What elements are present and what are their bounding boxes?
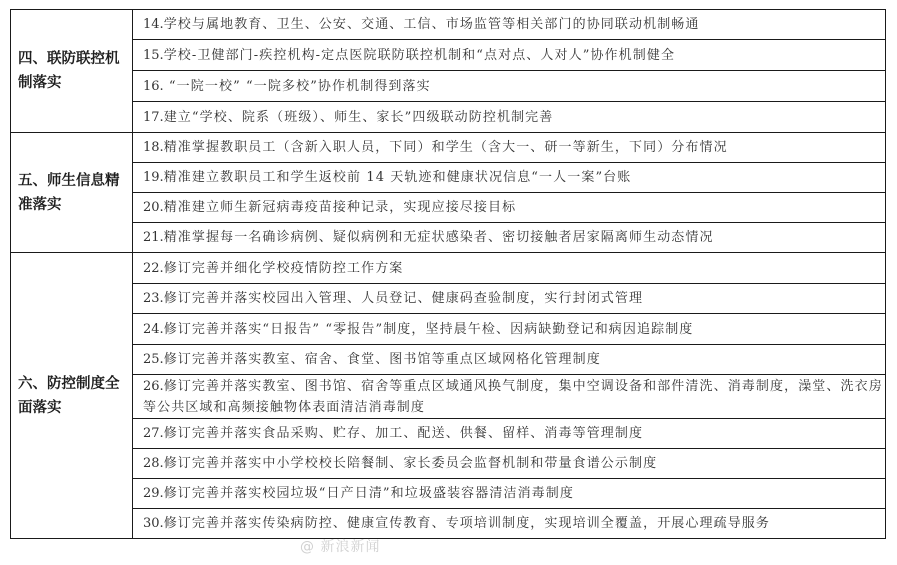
item-text: 修订完善并落实“日报告” “零报告”制度，坚持晨午检、因病缺勤登记和病因追踪制度: [164, 322, 694, 337]
item-cell: 27.修订完善并落实食品采购、贮存、加工、配送、供餐、留样、消毒等管理制度: [133, 419, 886, 449]
item-cell: 23.修订完善并落实校园出入管理、人员登记、健康码查验制度，实行封闭式管理: [133, 284, 886, 314]
table-row: 17.建立“学校、院系（班级）、师生、家长”四级联动防控机制完善: [11, 102, 886, 133]
item-number: 16.: [143, 79, 164, 94]
item-number: 19.: [143, 170, 164, 185]
item-number: 27.: [143, 426, 164, 441]
table-row: 21.精准掌握每一名确诊病例、疑似病例和无症状感染者、密切接触者居家隔离师生动态…: [11, 223, 886, 253]
item-number: 18.: [143, 140, 164, 155]
item-cell: 30.修订完善并落实传染病防控、健康宣传教育、专项培训制度，实现培训全覆盖，开展…: [133, 509, 886, 539]
table-row: 23.修订完善并落实校园出入管理、人员登记、健康码查验制度，实行封闭式管理: [11, 284, 886, 314]
item-cell: 20.精准建立师生新冠病毒疫苗接种记录，实现应接尽接目标: [133, 193, 886, 223]
item-text: 修订完善并细化学校疫情防控工作方案: [164, 261, 404, 276]
item-number: 22.: [143, 261, 164, 276]
table-row: 20.精准建立师生新冠病毒疫苗接种记录，实现应接尽接目标: [11, 193, 886, 223]
table-row: 五、师生信息精准落实 18.精准掌握教职员工（含新入职人员，下同）和学生（含大一…: [11, 133, 886, 163]
item-text: 修订完善并落实传染病防控、健康宣传教育、专项培训制度，实现培训全覆盖，开展心理疏…: [164, 516, 770, 531]
item-number: 26.: [143, 379, 164, 394]
table-row: 30.修订完善并落实传染病防控、健康宣传教育、专项培训制度，实现培训全覆盖，开展…: [11, 509, 886, 539]
item-cell: 28.修订完善并落实中小学校校长陪餐制、家长委员会监督机制和带量食谱公示制度: [133, 449, 886, 479]
item-text: 精准掌握教职员工（含新入职人员，下同）和学生（含大一、研一等新生，下同）分布情况: [164, 140, 728, 155]
item-cell: 29.修订完善并落实校园垃圾“日产日清”和垃圾盛装容器清洁消毒制度: [133, 479, 886, 509]
table-row: 15.学校-卫健部门-疾控机构-定点医院联防联控机制和“点对点、人对人”协作机制…: [11, 40, 886, 71]
item-text: 精准建立师生新冠病毒疫苗接种记录，实现应接尽接目标: [164, 200, 517, 215]
item-cell: 17.建立“学校、院系（班级）、师生、家长”四级联动防控机制完善: [133, 102, 886, 133]
item-number: 20.: [143, 200, 164, 215]
item-text: 建立“学校、院系（班级）、师生、家长”四级联动防控机制完善: [164, 110, 554, 125]
item-cell: 25.修订完善并落实教室、宿舍、食堂、图书馆等重点区域网格化管理制度: [133, 345, 886, 375]
item-text: 修订完善并落实教室、宿舍、食堂、图书馆等重点区域网格化管理制度: [164, 352, 601, 367]
item-text: 学校与属地教育、卫生、公安、交通、工信、市场监管等相关部门的协同联动机制畅通: [164, 17, 700, 32]
item-cell: 14.学校与属地教育、卫生、公安、交通、工信、市场监管等相关部门的协同联动机制畅…: [133, 10, 886, 40]
item-text: 精准建立教职员工和学生返校前 14 天轨迹和健康状况信息“一人一案”台账: [164, 170, 632, 185]
item-number: 17.: [143, 110, 164, 125]
table-row: 16. “一院一校” “一院多校”协作机制得到落实: [11, 71, 886, 102]
table-row: 19.精准建立教职员工和学生返校前 14 天轨迹和健康状况信息“一人一案”台账: [11, 163, 886, 193]
category-cell: 六、防控制度全面落实: [11, 253, 133, 539]
table-row: 25.修订完善并落实教室、宿舍、食堂、图书馆等重点区域网格化管理制度: [11, 345, 886, 375]
item-cell: 21.精准掌握每一名确诊病例、疑似病例和无症状感染者、密切接触者居家隔离师生动态…: [133, 223, 886, 253]
item-number: 25.: [143, 352, 164, 367]
item-text: 修订完善并落实教室、图书馆、宿舍等重点区域通风换气制度，集中空调设备和部件清洗、…: [143, 379, 883, 415]
item-number: 30.: [143, 516, 164, 531]
category-cell: 四、联防联控机制落实: [11, 10, 133, 133]
item-text: 修订完善并落实食品采购、贮存、加工、配送、供餐、留样、消毒等管理制度: [164, 426, 643, 441]
item-number: 28.: [143, 456, 164, 471]
item-cell: 24.修订完善并落实“日报告” “零报告”制度，坚持晨午检、因病缺勤登记和病因追…: [133, 314, 886, 345]
item-number: 24.: [143, 322, 164, 337]
item-text: 修订完善并落实中小学校校长陪餐制、家长委员会监督机制和带量食谱公示制度: [164, 456, 658, 471]
item-number: 21.: [143, 230, 164, 245]
item-number: 15.: [143, 48, 164, 63]
item-cell: 16. “一院一校” “一院多校”协作机制得到落实: [133, 71, 886, 102]
item-cell: 26.修订完善并落实教室、图书馆、宿舍等重点区域通风换气制度，集中空调设备和部件…: [133, 375, 886, 419]
table-row: 27.修订完善并落实食品采购、贮存、加工、配送、供餐、留样、消毒等管理制度: [11, 419, 886, 449]
measures-table: 四、联防联控机制落实 14.学校与属地教育、卫生、公安、交通、工信、市场监管等相…: [10, 9, 886, 539]
item-number: 29.: [143, 486, 164, 501]
item-text: 精准掌握每一名确诊病例、疑似病例和无症状感染者、密切接触者居家隔离师生动态情况: [164, 230, 714, 245]
table-row: 24.修订完善并落实“日报告” “零报告”制度，坚持晨午检、因病缺勤登记和病因追…: [11, 314, 886, 345]
table-row: 29.修订完善并落实校园垃圾“日产日清”和垃圾盛装容器清洁消毒制度: [11, 479, 886, 509]
item-number: 14.: [143, 17, 164, 32]
item-text: 修订完善并落实校园垃圾“日产日清”和垃圾盛装容器清洁消毒制度: [164, 486, 574, 501]
watermark: @ 新浪新闻: [300, 536, 380, 556]
table-row: 26.修订完善并落实教室、图书馆、宿舍等重点区域通风换气制度，集中空调设备和部件…: [11, 375, 886, 419]
item-text: “一院一校” “一院多校”协作机制得到落实: [164, 79, 431, 94]
item-cell: 18.精准掌握教职员工（含新入职人员，下同）和学生（含大一、研一等新生，下同）分…: [133, 133, 886, 163]
table-row: 28.修订完善并落实中小学校校长陪餐制、家长委员会监督机制和带量食谱公示制度: [11, 449, 886, 479]
item-cell: 22.修订完善并细化学校疫情防控工作方案: [133, 253, 886, 284]
category-cell: 五、师生信息精准落实: [11, 133, 133, 253]
table-row: 六、防控制度全面落实 22.修订完善并细化学校疫情防控工作方案: [11, 253, 886, 284]
item-cell: 15.学校-卫健部门-疾控机构-定点医院联防联控机制和“点对点、人对人”协作机制…: [133, 40, 886, 71]
item-number: 23.: [143, 291, 164, 306]
item-cell: 19.精准建立教职员工和学生返校前 14 天轨迹和健康状况信息“一人一案”台账: [133, 163, 886, 193]
table-row: 四、联防联控机制落实 14.学校与属地教育、卫生、公安、交通、工信、市场监管等相…: [11, 10, 886, 40]
item-text: 学校-卫健部门-疾控机构-定点医院联防联控机制和“点对点、人对人”协作机制健全: [164, 48, 675, 63]
item-text: 修订完善并落实校园出入管理、人员登记、健康码查验制度，实行封闭式管理: [164, 291, 643, 306]
